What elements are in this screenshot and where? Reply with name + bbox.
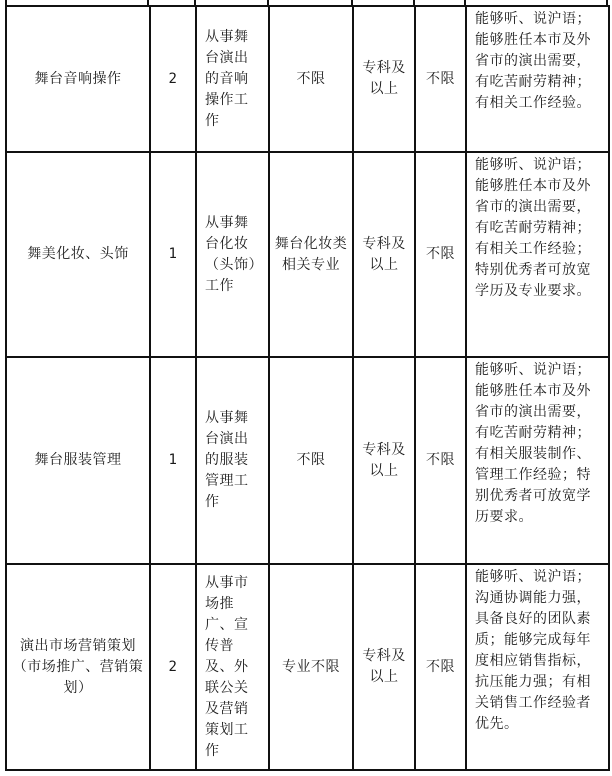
count-cell: 1 <box>150 152 196 357</box>
table-row: 舞台服装管理 1 从事舞台演出的服装管理工作 不限 专科及以上 不限 能够听、说… <box>6 357 609 564</box>
position-cell: 舞台音响操作 <box>6 6 150 152</box>
major-cell: 专业不限 <box>269 564 353 770</box>
duty-cell: 从事舞台化妆（头饰）工作 <box>196 152 269 357</box>
education-cell: 专科及以上 <box>353 564 415 770</box>
age-cell: 不限 <box>415 357 466 564</box>
requirements-cell: 能够听、说沪语；能够胜任本市及外省市的演出需要，有吃苦耐劳精神；有相关工作经验；… <box>466 152 609 357</box>
count-cell: 2 <box>150 564 196 770</box>
table-row: 舞台音响操作 2 从事舞台演出的音响操作工作 不限 专科及以上 不限 能够听、说… <box>6 6 609 152</box>
education-cell: 专科及以上 <box>353 357 415 564</box>
job-openings-table: 舞台音响操作 2 从事舞台演出的音响操作工作 不限 专科及以上 不限 能够听、说… <box>5 5 610 771</box>
education-cell: 专科及以上 <box>353 152 415 357</box>
duty-cell: 从事舞台演出的服装管理工作 <box>196 357 269 564</box>
count-cell: 1 <box>150 357 196 564</box>
duty-cell: 从事市场推广、宣传普及、外联公关及营销策划工作 <box>196 564 269 770</box>
major-cell: 舞台化妆类相关专业 <box>269 152 353 357</box>
position-cell: 舞美化妆、头饰 <box>6 152 150 357</box>
age-cell: 不限 <box>415 564 466 770</box>
age-cell: 不限 <box>415 152 466 357</box>
position-cell: 舞台服装管理 <box>6 357 150 564</box>
major-cell: 不限 <box>269 357 353 564</box>
requirements-cell: 能够听、说沪语；能够胜任本市及外省市的演出需要，有吃苦耐劳精神；有相关工作经验。 <box>466 6 609 152</box>
count-cell: 2 <box>150 6 196 152</box>
requirements-cell: 能够听、说沪语；能够胜任本市及外省市的演出需要，有吃苦耐劳精神；有相关服装制作、… <box>466 357 609 564</box>
position-cell: 演出市场营销策划（市场推广、营销策划） <box>6 564 150 770</box>
age-cell: 不限 <box>415 6 466 152</box>
requirements-cell: 能够听、说沪语；沟通协调能力强，具备良好的团队素质；能够完成每年度相应销售指标，… <box>466 564 609 770</box>
education-cell: 专科及以上 <box>353 6 415 152</box>
table-row: 演出市场营销策划（市场推广、营销策划） 2 从事市场推广、宣传普及、外联公关及营… <box>6 564 609 770</box>
duty-cell: 从事舞台演出的音响操作工作 <box>196 6 269 152</box>
major-cell: 不限 <box>269 6 353 152</box>
table-row: 舞美化妆、头饰 1 从事舞台化妆（头饰）工作 舞台化妆类相关专业 专科及以上 不… <box>6 152 609 357</box>
